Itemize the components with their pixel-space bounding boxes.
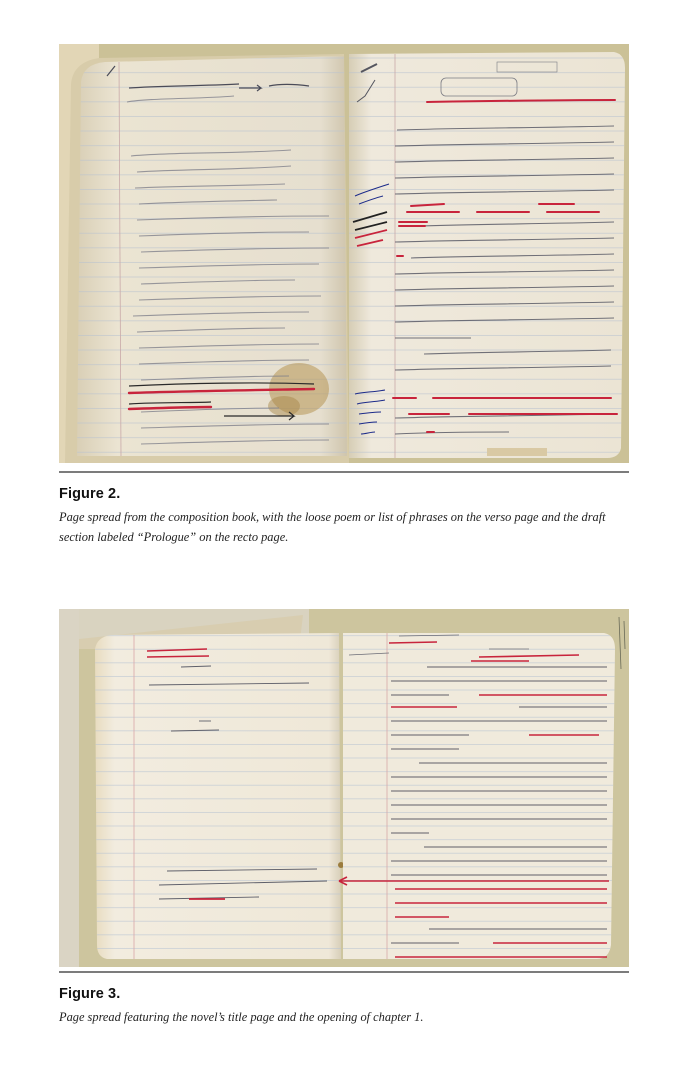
notebook-spread-prologue-image (59, 44, 629, 463)
figure-3-photo (59, 609, 629, 967)
figure-2-label: Figure 2. (59, 486, 631, 502)
figure-2-caption: Page spread from the composition book, w… (59, 507, 631, 547)
figure-2-photo (59, 44, 629, 463)
figure-2-caption-block: Figure 2. Page spread from the compositi… (59, 486, 631, 547)
notebook-spread-chapter-one-image (59, 609, 629, 967)
figure-3-caption: Page spread featuring the novel’s title … (59, 1007, 631, 1027)
figure-2-rule (59, 471, 629, 473)
figure-3-rule (59, 971, 629, 973)
figure-3-label: Figure 3. (59, 986, 631, 1002)
figure-3-caption-block: Figure 3. Page spread featuring the nove… (59, 986, 631, 1027)
